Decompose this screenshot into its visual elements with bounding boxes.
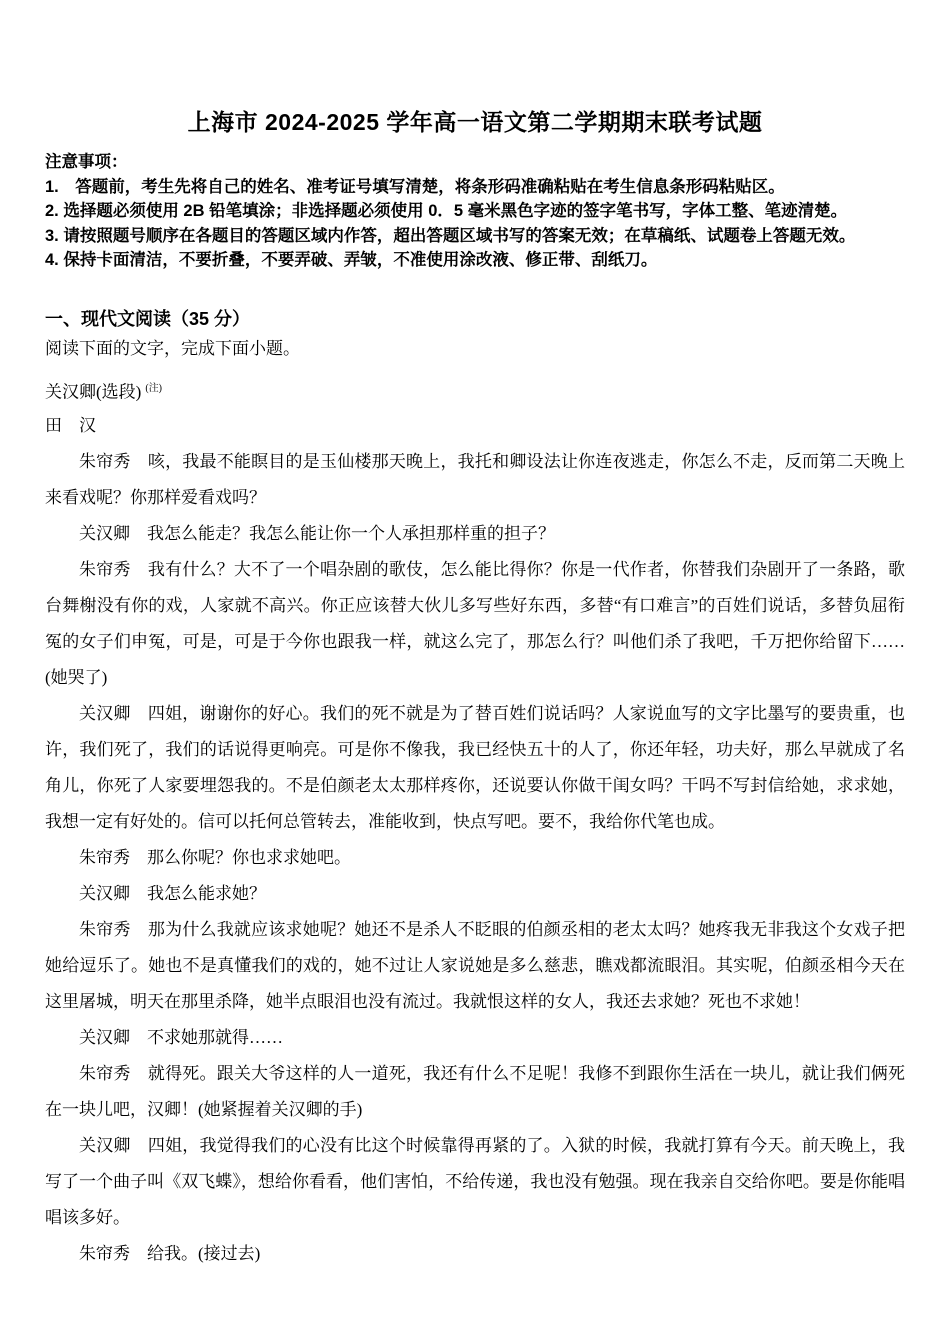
dialogue-paragraph: 朱帘秀 我有什么？大不了一个唱杂剧的歌伎，怎么能比得你？你是一代作者，你替我们杂… xyxy=(45,552,905,696)
reading-instruction: 阅读下面的文字，完成下面小题。 xyxy=(45,336,905,362)
passage-title-line: 关汉卿(选段)(注) xyxy=(45,372,905,410)
dialogue-paragraph: 朱帘秀 那为什么我就应该求她呢？她还不是杀人不眨眼的伯颜丞相的老太太吗？她疼我无… xyxy=(45,912,905,1020)
section-heading: 一、现代文阅读（35 分） xyxy=(45,306,905,332)
notice-heading: 注意事项： xyxy=(45,150,905,175)
notice-item: 4. 保持卡面清洁，不要折叠，不要弄破、弄皱，不准使用涂改液、修正带、刮纸刀。 xyxy=(45,248,905,273)
passage-author: 田 汉 xyxy=(45,409,905,443)
dialogue-paragraph: 关汉卿 不求她那就得…… xyxy=(45,1020,905,1056)
page-title: 上海市 2024-2025 学年高一语文第二学期期末联考试题 xyxy=(45,106,905,138)
dialogue-paragraph: 朱帘秀 就得死。跟关大爷这样的人一道死，我还有什么不足呢！我修不到跟你生活在一块… xyxy=(45,1056,905,1128)
passage-title: 关汉卿(选段) xyxy=(45,382,141,401)
notice-item: 1. 答题前，考生先将自己的姓名、准考证号填写清楚，将条形码准确粘贴在考生信息条… xyxy=(45,175,905,200)
dialogue-section: 朱帘秀 咳，我最不能瞑目的是玉仙楼那天晚上，我托和卿设法让你连夜逃走，你怎么不走… xyxy=(45,444,905,1272)
dialogue-paragraph: 朱帘秀 给我。(接过去) xyxy=(45,1236,905,1272)
dialogue-paragraph: 朱帘秀 咳，我最不能瞑目的是玉仙楼那天晚上，我托和卿设法让你连夜逃走，你怎么不走… xyxy=(45,444,905,516)
dialogue-paragraph: 关汉卿 四姐，我觉得我们的心没有比这个时候靠得再紧的了。入狱的时候，我就打算有今… xyxy=(45,1128,905,1236)
exam-document-page: 上海市 2024-2025 学年高一语文第二学期期末联考试题 注意事项： 1. … xyxy=(0,0,950,1344)
dialogue-paragraph: 朱帘秀 那么你呢？你也求求她吧。 xyxy=(45,840,905,876)
notice-item: 2. 选择题必须使用 2B 铅笔填涂；非选择题必须使用 0．5 毫米黑色字迹的签… xyxy=(45,199,905,224)
notice-section: 注意事项： 1. 答题前，考生先将自己的姓名、准考证号填写清楚，将条形码准确粘贴… xyxy=(45,150,905,273)
dialogue-paragraph: 关汉卿 我怎么能求她？ xyxy=(45,876,905,912)
passage-note-superscript: (注) xyxy=(145,383,162,394)
dialogue-paragraph: 关汉卿 四姐，谢谢你的好心。我们的死不就是为了替百姓们说话吗？人家说血写的文字比… xyxy=(45,696,905,840)
dialogue-paragraph: 关汉卿 我怎么能走？我怎么能让你一个人承担那样重的担子？ xyxy=(45,516,905,552)
notice-item: 3. 请按照题号顺序在各题目的答题区域内作答，超出答题区域书写的答案无效；在草稿… xyxy=(45,224,905,249)
